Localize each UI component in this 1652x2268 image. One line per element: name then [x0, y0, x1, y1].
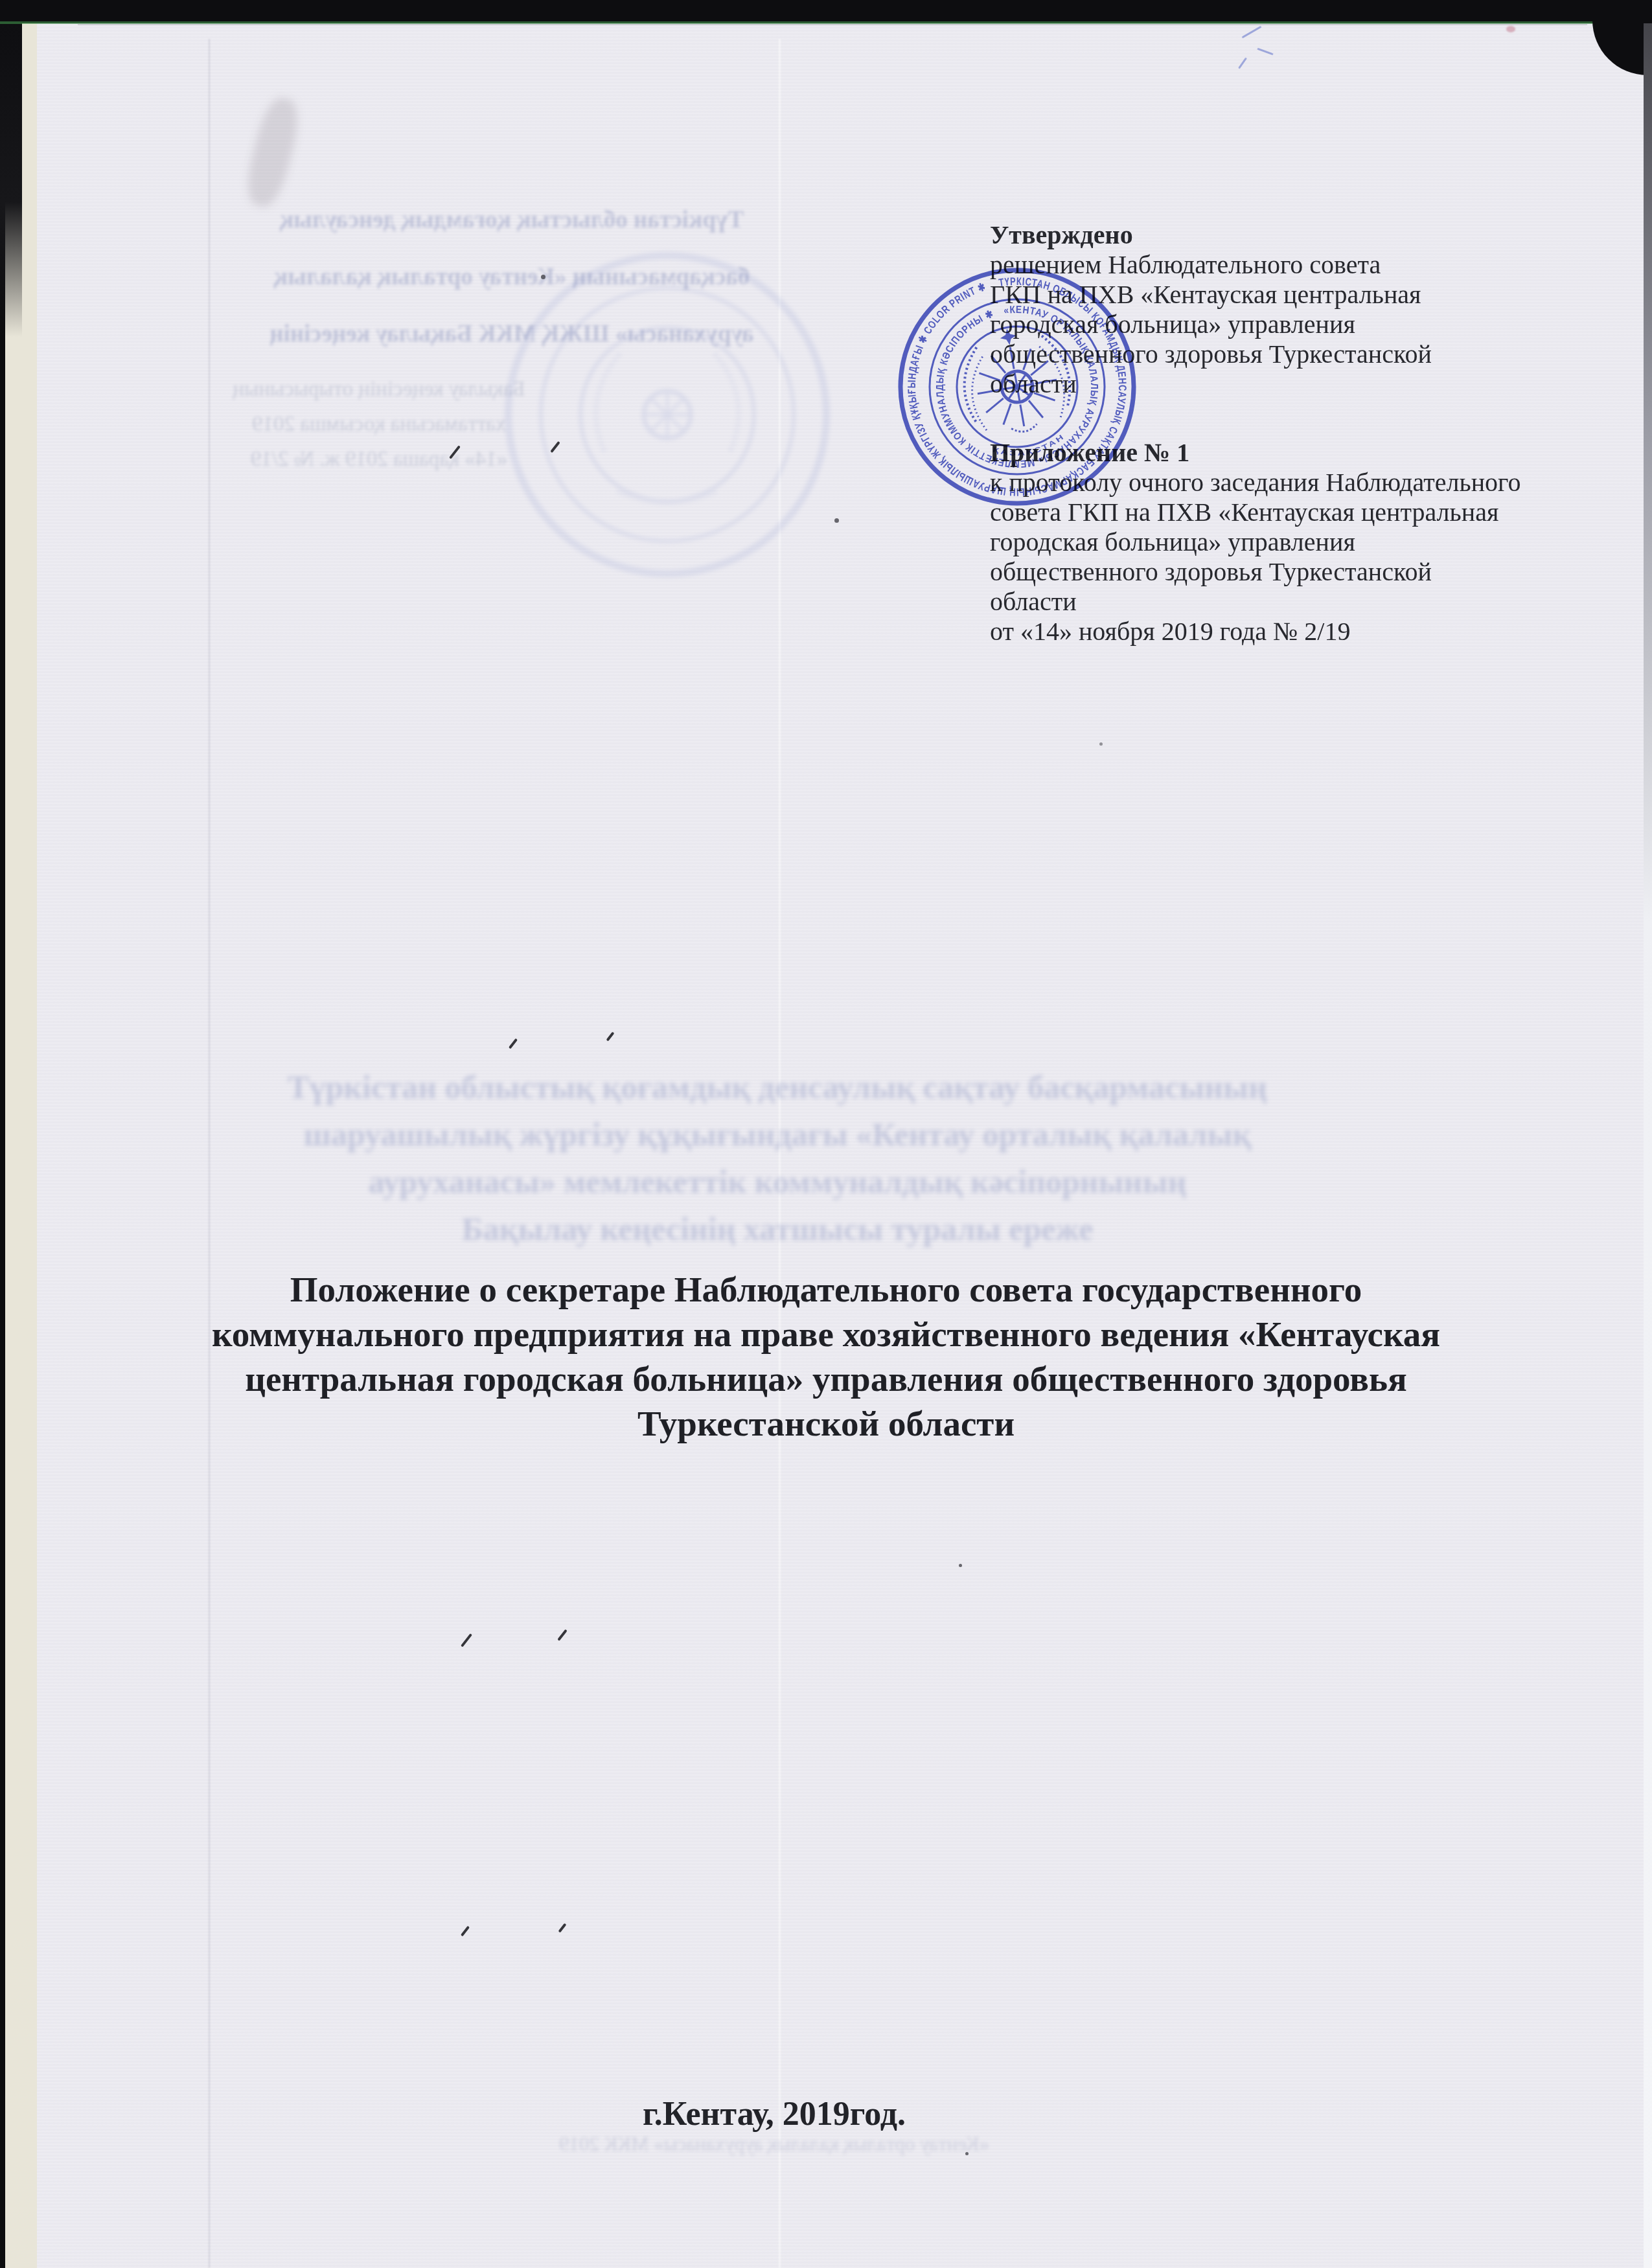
ghost-stamp-impression [496, 243, 839, 586]
footer-city-year: г.Кентау, 2019год. [0, 2095, 1548, 2133]
page-left-edge [5, 23, 37, 2268]
title-line: Туркестанской области [144, 1401, 1508, 1446]
dust-speck [541, 275, 545, 279]
annex-line: общественного здоровья Туркестанской [990, 557, 1612, 587]
scanner-left-shadow [0, 0, 22, 337]
official-round-stamp: ТҮРКІСТАН ОБЛЫСЫ ҚОҒАМДЫҚ ДЕНСАУЛЫҚ САҚТ… [894, 264, 1140, 510]
paper-crease [209, 39, 210, 2268]
dust-speck [959, 1564, 962, 1567]
document-title: Положение о секретаре Наблюдательного со… [144, 1267, 1508, 1446]
annex-date-line: от «14» ноября 2019 года № 2/19 [990, 617, 1612, 647]
annex-line: области [990, 587, 1612, 617]
dust-speck [965, 2152, 969, 2155]
annex-line: городская больница» управления [990, 527, 1612, 557]
approval-heading: Утверждено [990, 220, 1612, 250]
paper-top-edge-line [78, 24, 1587, 25]
dust-speck [834, 518, 839, 523]
scanner-top-band [0, 0, 1652, 23]
title-line: коммунального предприятия на праве хозяй… [144, 1312, 1508, 1357]
pink-ink-mark [1506, 26, 1515, 32]
title-line: центральная городская больница» управлен… [144, 1357, 1508, 1401]
stamp-emblem [955, 319, 1077, 441]
dust-speck [1099, 742, 1103, 746]
page-right-edge [1644, 23, 1652, 2268]
title-line: Положение о секретаре Наблюдательного со… [144, 1267, 1508, 1312]
scanned-document-page: Түркістан облыстық қоғамдық денсаулық ба… [0, 0, 1652, 2268]
